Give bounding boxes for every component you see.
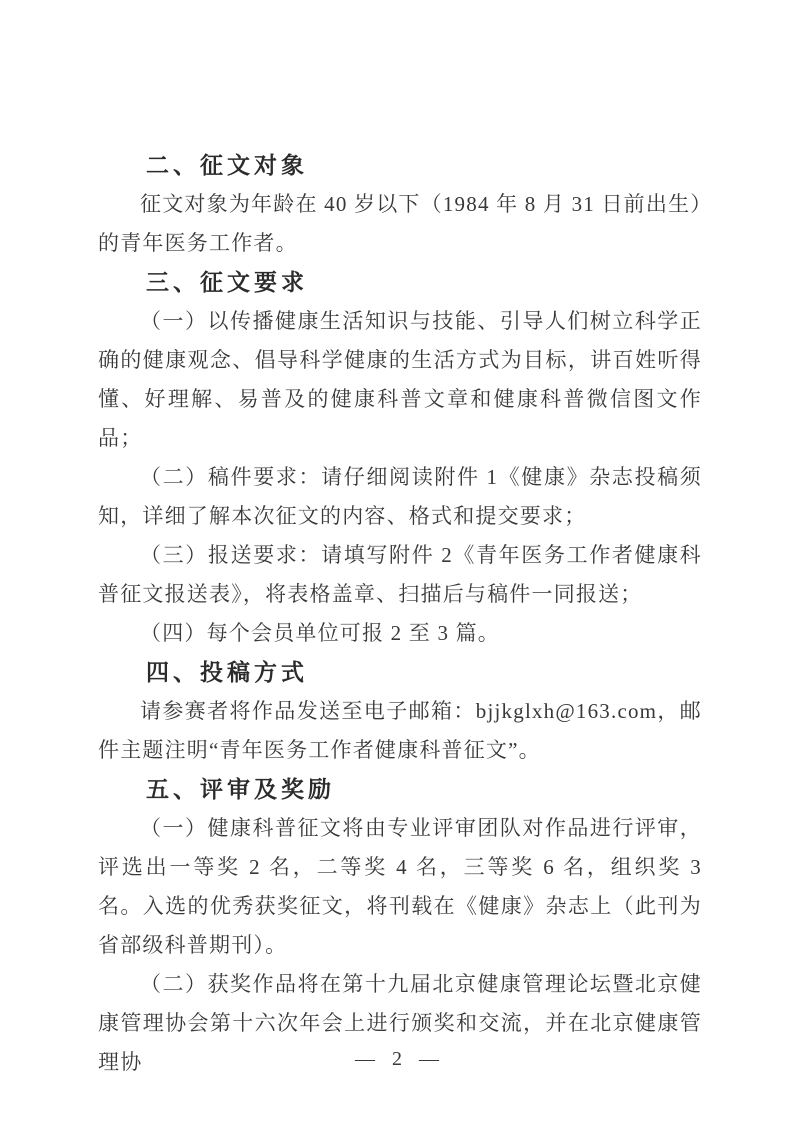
section-essay-requirements: 三、征文要求 （一）以传播健康生活知识与技能、引导人们树立科学正确的健康观念、倡… — [98, 263, 702, 653]
section-heading-submission-method: 四、投稿方式 — [98, 653, 702, 692]
page-footer: — 2 — — [0, 1048, 800, 1071]
document-body: 二、征文对象 征文对象为年龄在 40 岁以下（1984 年 8 月 31 日前出… — [98, 146, 702, 1082]
section-heading-essay-target: 二、征文对象 — [98, 146, 702, 185]
section-submission-method: 四、投稿方式 请参赛者将作品发送至电子邮箱：bjjkglxh@163.com，邮… — [98, 653, 702, 770]
paragraph-review-awards-1: （一）健康科普征文将由专业评审团队对作品进行评审，评选出一等奖 2 名，二等奖 … — [98, 809, 702, 965]
paragraph-submission-method: 请参赛者将作品发送至电子邮箱：bjjkglxh@163.com，邮件主题注明“青… — [98, 692, 702, 770]
section-review-awards: 五、评审及奖励 （一）健康科普征文将由专业评审团队对作品进行评审，评选出一等奖 … — [98, 770, 702, 1082]
paragraph-requirement-2: （二）稿件要求：请仔细阅读附件 1《健康》杂志投稿须知，详细了解本次征文的内容、… — [98, 458, 702, 536]
section-heading-review-awards: 五、评审及奖励 — [98, 770, 702, 809]
page-number: — 2 — — [355, 1048, 445, 1070]
document-page: 二、征文对象 征文对象为年龄在 40 岁以下（1984 年 8 月 31 日前出… — [0, 0, 800, 1130]
section-heading-essay-requirements: 三、征文要求 — [98, 263, 702, 302]
paragraph-requirement-4: （四）每个会员单位可报 2 至 3 篇。 — [98, 614, 702, 653]
paragraph-essay-target: 征文对象为年龄在 40 岁以下（1984 年 8 月 31 日前出生）的青年医务… — [98, 185, 702, 263]
paragraph-requirement-1: （一）以传播健康生活知识与技能、引导人们树立科学正确的健康观念、倡导科学健康的生… — [98, 302, 702, 458]
paragraph-requirement-3: （三）报送要求：请填写附件 2《青年医务工作者健康科普征文报送表》，将表格盖章、… — [98, 536, 702, 614]
section-essay-target: 二、征文对象 征文对象为年龄在 40 岁以下（1984 年 8 月 31 日前出… — [98, 146, 702, 263]
